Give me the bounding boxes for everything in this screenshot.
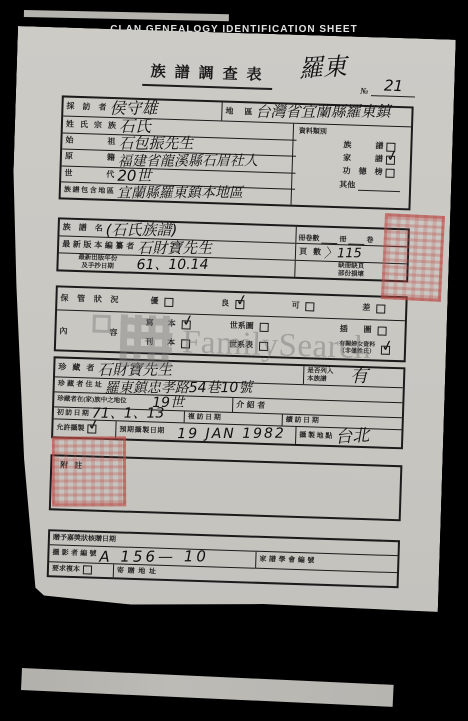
table-genealogy-book: 族譜名 (石氏族譜) 冊卷數 冊 卷 最新版本編纂者 石財寶先生 頁數 〉115 [56, 217, 410, 282]
condition-label: 保管狀況 [57, 287, 122, 311]
content-lineage-chart: 世系圖 [227, 321, 337, 333]
condition-good: 良✓ [218, 299, 244, 309]
no-label: № [360, 86, 369, 96]
condition-poor: 差 [359, 303, 385, 313]
clan-label: 姓氏宗族 [63, 116, 119, 134]
award-date-label: 贈予嘉獎狀核贈日期 [50, 534, 119, 544]
check-mark: ✓ [180, 310, 196, 330]
paper-edge-sliver [24, 10, 229, 21]
film-date-value: 19 JAN 1982 [167, 423, 295, 444]
content-line-1: 寫本✓ 世系圖 插圖 [121, 318, 405, 336]
content-line-2: 刊本 世系表 有關婦女資料（非僅姓氏） ✓ [120, 334, 404, 357]
volumes-unit-juan: 卷 [366, 235, 373, 245]
content-options: 寫本✓ 世系圖 插圖 刊本 世系表 有關婦女資料（非僅姓氏） ✓ [120, 312, 405, 363]
coverage-label: 族譜包含地區 [61, 182, 117, 199]
origin-label: 原籍 [62, 150, 118, 167]
category-other: 其他 [297, 180, 400, 192]
form-title-wrap: 族譜調查表 [112, 59, 303, 91]
checkbox [377, 326, 386, 335]
volumes-label: 冊卷數 [298, 233, 319, 244]
region-label: 地區 [221, 102, 256, 121]
volumes-blank [348, 235, 364, 244]
category-label: 功德榜 [342, 167, 382, 177]
society-number-label: 家譜學會編號 [255, 552, 317, 570]
no-underline: 21 [371, 77, 416, 97]
category-label: 族譜 [343, 141, 383, 151]
content-printed: 刊本 [120, 337, 226, 349]
copy-request-label: 要求複本 [52, 565, 80, 574]
table-identification: 採訪者 侯守雄 地區 台灣省宜蘭縣羅東鎮 姓氏宗族 石氏 始祖 石包振先生 原籍… [59, 95, 414, 210]
pubdate-label: 最新出版年份及手抄日期 [58, 253, 136, 271]
pages-label: 頁數 [296, 247, 324, 257]
checkbox: ✓ [87, 424, 96, 433]
volumes-blank [321, 235, 337, 244]
checkbox [164, 297, 173, 306]
check-mark: ✓ [379, 335, 395, 355]
other-label: 其他 [336, 181, 358, 190]
other-blank-line [358, 182, 400, 192]
film-place-value: 台北 [335, 428, 402, 447]
form-title: 族譜調查表 [142, 60, 273, 90]
book-title-label: 族譜名 [59, 219, 105, 236]
checkbox [83, 565, 92, 574]
interviewer-label: 採訪者 [63, 97, 110, 116]
content-illustrations: 插圖 [336, 325, 386, 336]
checkbox [306, 302, 315, 311]
permission-label: 允許攝製 [56, 424, 84, 433]
no-value-handwriting: 21 [384, 77, 404, 96]
content-manuscript: 寫本✓ [121, 318, 227, 330]
condition-options: 優 良✓ 可 差 [121, 296, 405, 314]
content-lineage-table: 世系表 [226, 340, 336, 352]
checkbox: ✓ [235, 299, 244, 308]
condition-excellent: 優 [147, 297, 173, 307]
bottom-paper-strip [21, 668, 394, 707]
included-value: 有 [350, 368, 368, 386]
check-mark: ✓ [384, 146, 400, 166]
red-seal-stamp [381, 213, 445, 302]
checkbox: ✓ [381, 345, 390, 354]
keeper-address-label: 珍藏者住址 [55, 377, 105, 393]
category-item-family-genealogy: 家譜 ✓ [298, 153, 395, 165]
pubdate-value: 61、10.14 [136, 256, 294, 277]
table-condition-content: 保管狀況 優 良✓ 可 差 內容 寫本✓ 世系圖 插圖 刊本 [54, 285, 408, 362]
data-category-box: 資料類別 族譜 家譜 ✓ 功德榜 其他 [291, 124, 411, 209]
volumes-unit-ce: 冊 [339, 234, 346, 244]
scanned-document: CLAN GENEALOGY IDENTIFICATION SHEET 族譜調查… [0, 0, 468, 721]
first-ancestor-label: 始祖 [62, 133, 118, 150]
send-address-label: 寄贈地址 [113, 564, 159, 578]
data-category-header: 資料類別 [299, 126, 406, 139]
category-item-merit-board: 功德榜 [297, 166, 394, 178]
content-label: 內容 [56, 310, 121, 354]
paper-sheet: 族譜調查表 羅東 № 21 採訪者 侯守雄 地區 台灣省宜蘭縣羅東鎮 姓氏宗族 … [0, 26, 456, 616]
film-place-label: 攝製地點 [295, 427, 336, 445]
copy-request-cell: 要求複本 [49, 562, 113, 577]
content-women-data: 有關婦女資料（非僅姓氏） ✓ [336, 341, 390, 357]
table-administrative: 贈予嘉獎狀核贈日期 攝影者編號 A 156— 10 家譜學會編號 要求複本 寄贈… [47, 529, 400, 588]
red-seal-stamp [52, 436, 126, 506]
pages-value: 〉115 [324, 247, 362, 260]
locality-handwriting: 羅東 [298, 54, 347, 81]
table-keeper: 珍藏者 石財寶先生 是否列入本族譜 有 珍藏者住址 羅東鎮忠孝路54巷10號 珍… [51, 356, 405, 449]
condition-fair: 可 [289, 301, 315, 311]
sheet-number: № 21 [360, 77, 416, 98]
checkbox [376, 304, 385, 313]
table1-left-rows: 姓氏宗族 石氏 始祖 石包振先生 原籍 福建省龍溪縣石眉社人 世代 20世 族譜… [61, 116, 297, 204]
checkbox [259, 341, 268, 350]
checkbox: ✓ [182, 320, 191, 329]
checkbox: ✓ [386, 156, 395, 165]
checkbox [181, 339, 190, 348]
category-label: 家譜 [343, 154, 383, 164]
checkbox [260, 322, 269, 331]
coverage-value: 宜蘭縣羅東鎮本地區 [117, 184, 295, 205]
keeper-label: 珍藏者 [55, 358, 98, 377]
checkbox [385, 169, 394, 178]
photographer-number-label: 攝影者編號 [49, 545, 99, 563]
generations-label: 世代 [61, 166, 117, 183]
introducer-label: 介紹者 [232, 398, 268, 413]
category-item-clan-genealogy: 族譜 [298, 140, 395, 152]
check-mark: ✓ [233, 290, 249, 310]
